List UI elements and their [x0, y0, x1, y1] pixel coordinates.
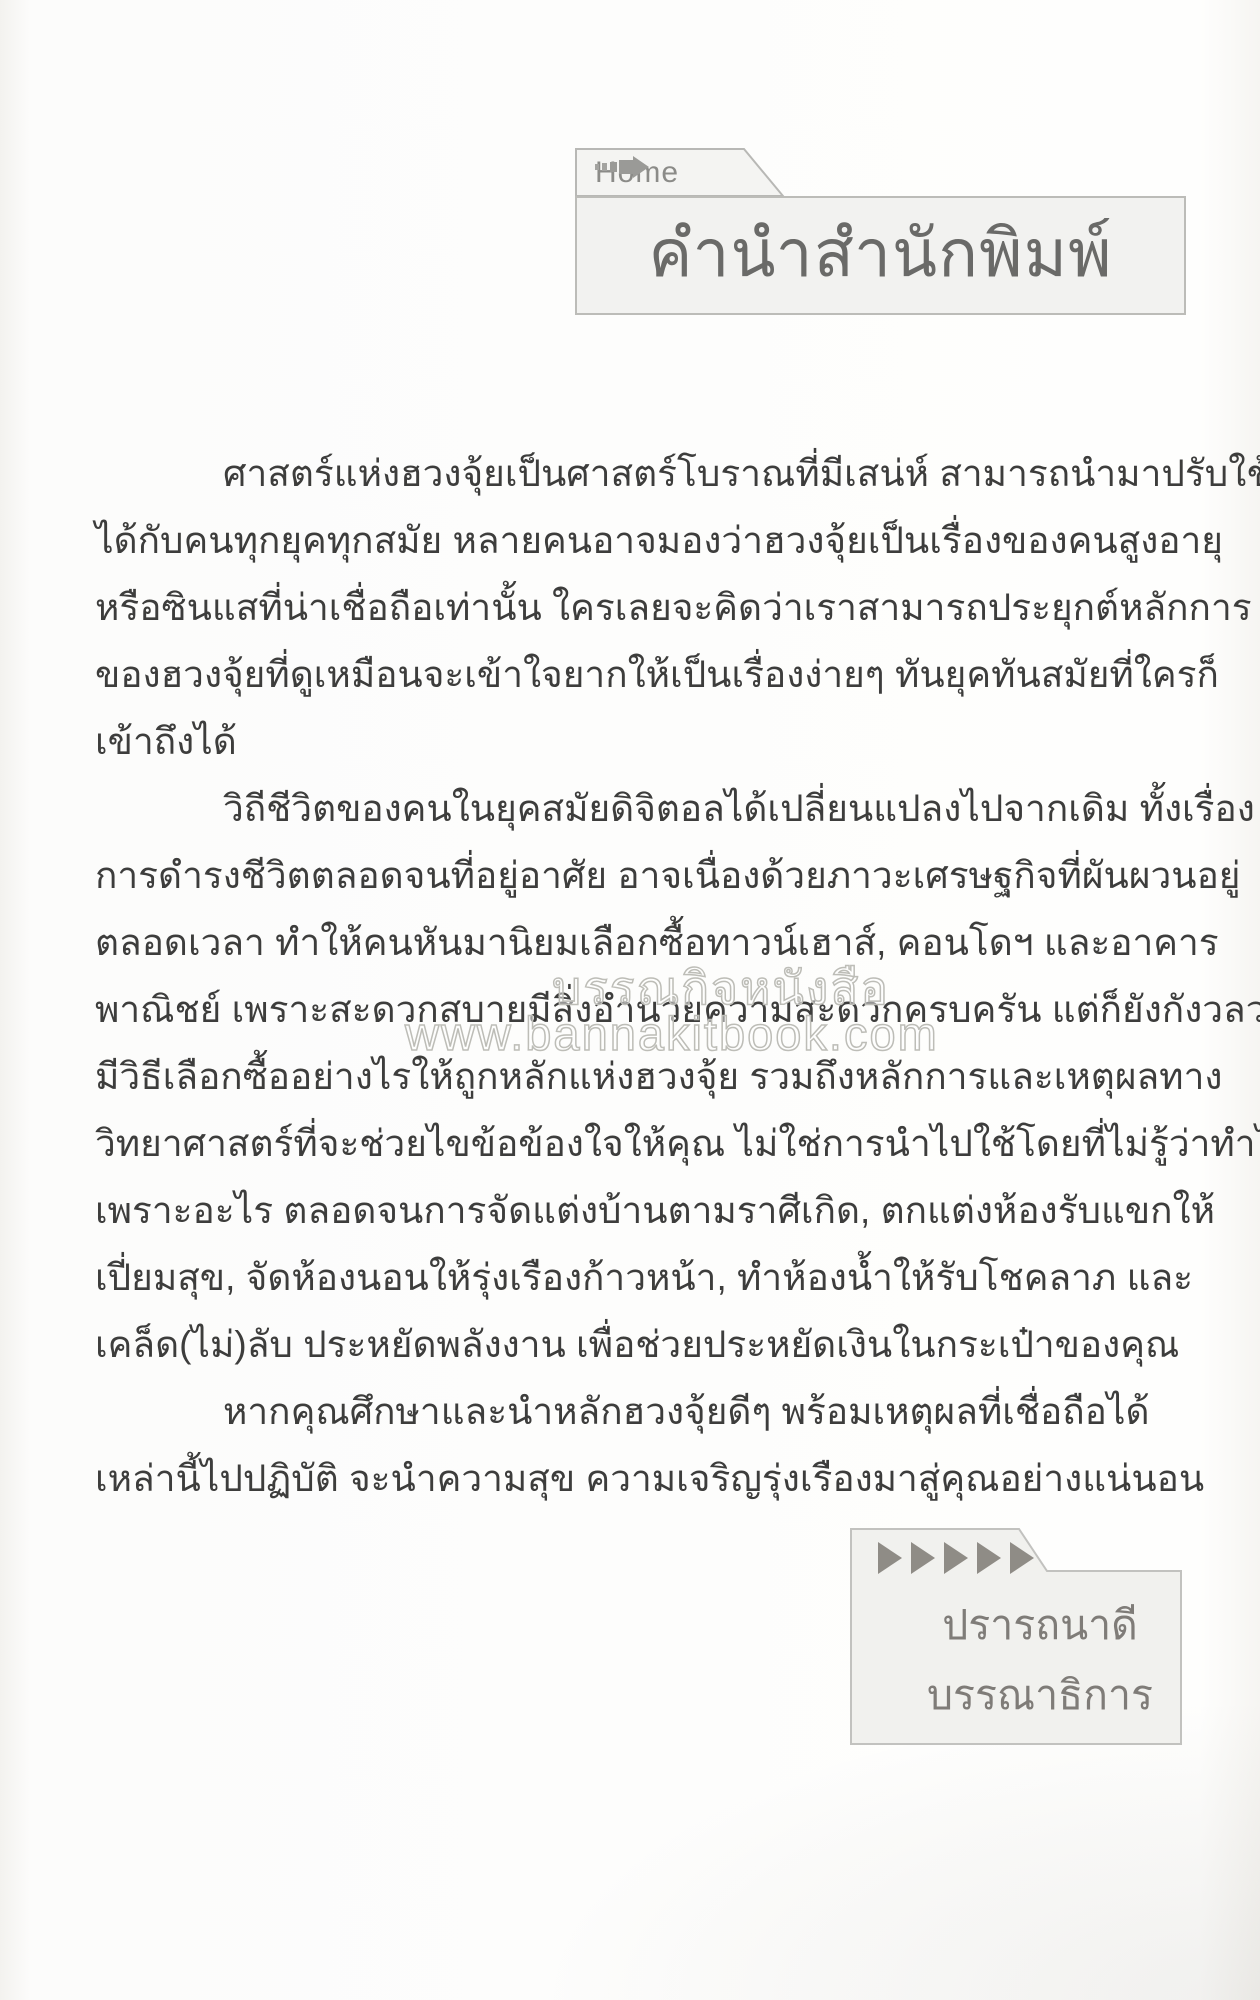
body-line: เคล็ด(ไม่)ลับ ประหยัดพลังงาน เพื่อช่วยปร…	[95, 1319, 1170, 1371]
speed-arrow-icon	[595, 156, 651, 178]
signoff-editor: บรรณาธิการ	[910, 1660, 1170, 1730]
body-line: เปี่ยมสุข, จัดห้องนอนให้รุ่งเรืองก้าวหน้…	[95, 1252, 1170, 1304]
arrow-triangle-icon	[878, 1542, 902, 1574]
arrow-triangle-icon	[911, 1542, 935, 1574]
body-line: ได้กับคนทุกยุคทุกสมัย หลายคนอาจมองว่าฮวง…	[95, 515, 1170, 567]
page-title: คำนำสำนักพิมพ์	[648, 201, 1112, 306]
body-line: วิถีชีวิตของคนในยุคสมัยดิจิตอลได้เปลี่ยน…	[95, 783, 1260, 835]
body-line: เหล่านี้ไปปฏิบัติ จะนำความสุข ความเจริญร…	[95, 1453, 1170, 1505]
body-line: หากคุณศึกษาและนำหลักฮวงจุ้ยดีๆ พร้อมเหตุ…	[95, 1386, 1260, 1438]
forward-arrows-icon	[878, 1542, 1034, 1574]
body-line: หรือซินแสที่น่าเชื่อถือเท่านั้น ใครเลยจะ…	[95, 582, 1170, 634]
editor-signoff-box: ปรารถนาดี บรรณาธิการ	[850, 1528, 1182, 1745]
arrow-triangle-icon	[1010, 1542, 1034, 1574]
body-line: วิทยาศาสตร์ที่จะช่วยไขข้อข้องใจให้คุณ ไม…	[95, 1118, 1170, 1170]
body-line: การดำรงชีวิตตลอดจนที่อยู่อาศัย อาจเนื่อง…	[95, 850, 1170, 902]
chapter-title-bar: คำนำสำนักพิมพ์	[575, 196, 1186, 315]
arrow-triangle-icon	[944, 1542, 968, 1574]
body-line: เพราะอะไร ตลอดจนการจัดแต่งบ้านตามราศีเกิ…	[95, 1185, 1170, 1237]
arrow-triangle-icon	[977, 1542, 1001, 1574]
watermark-url: www.bannakitbook.com	[405, 1006, 939, 1061]
signoff-wish: ปรารถนาดี	[910, 1590, 1170, 1660]
body-line: ศาสตร์แห่งฮวงจุ้ยเป็นศาสตร์โบราณที่มีเสน…	[95, 448, 1260, 500]
scanned-book-page: { "header": { "tab": { "label": "Home" }…	[0, 0, 1260, 2000]
home-tab: Home	[575, 148, 785, 197]
body-line: ของฮวงจุ้ยที่ดูเหมือนจะเข้าใจยากให้เป็นเ…	[95, 649, 1170, 701]
body-line: เข้าถึงได้	[95, 716, 1170, 768]
